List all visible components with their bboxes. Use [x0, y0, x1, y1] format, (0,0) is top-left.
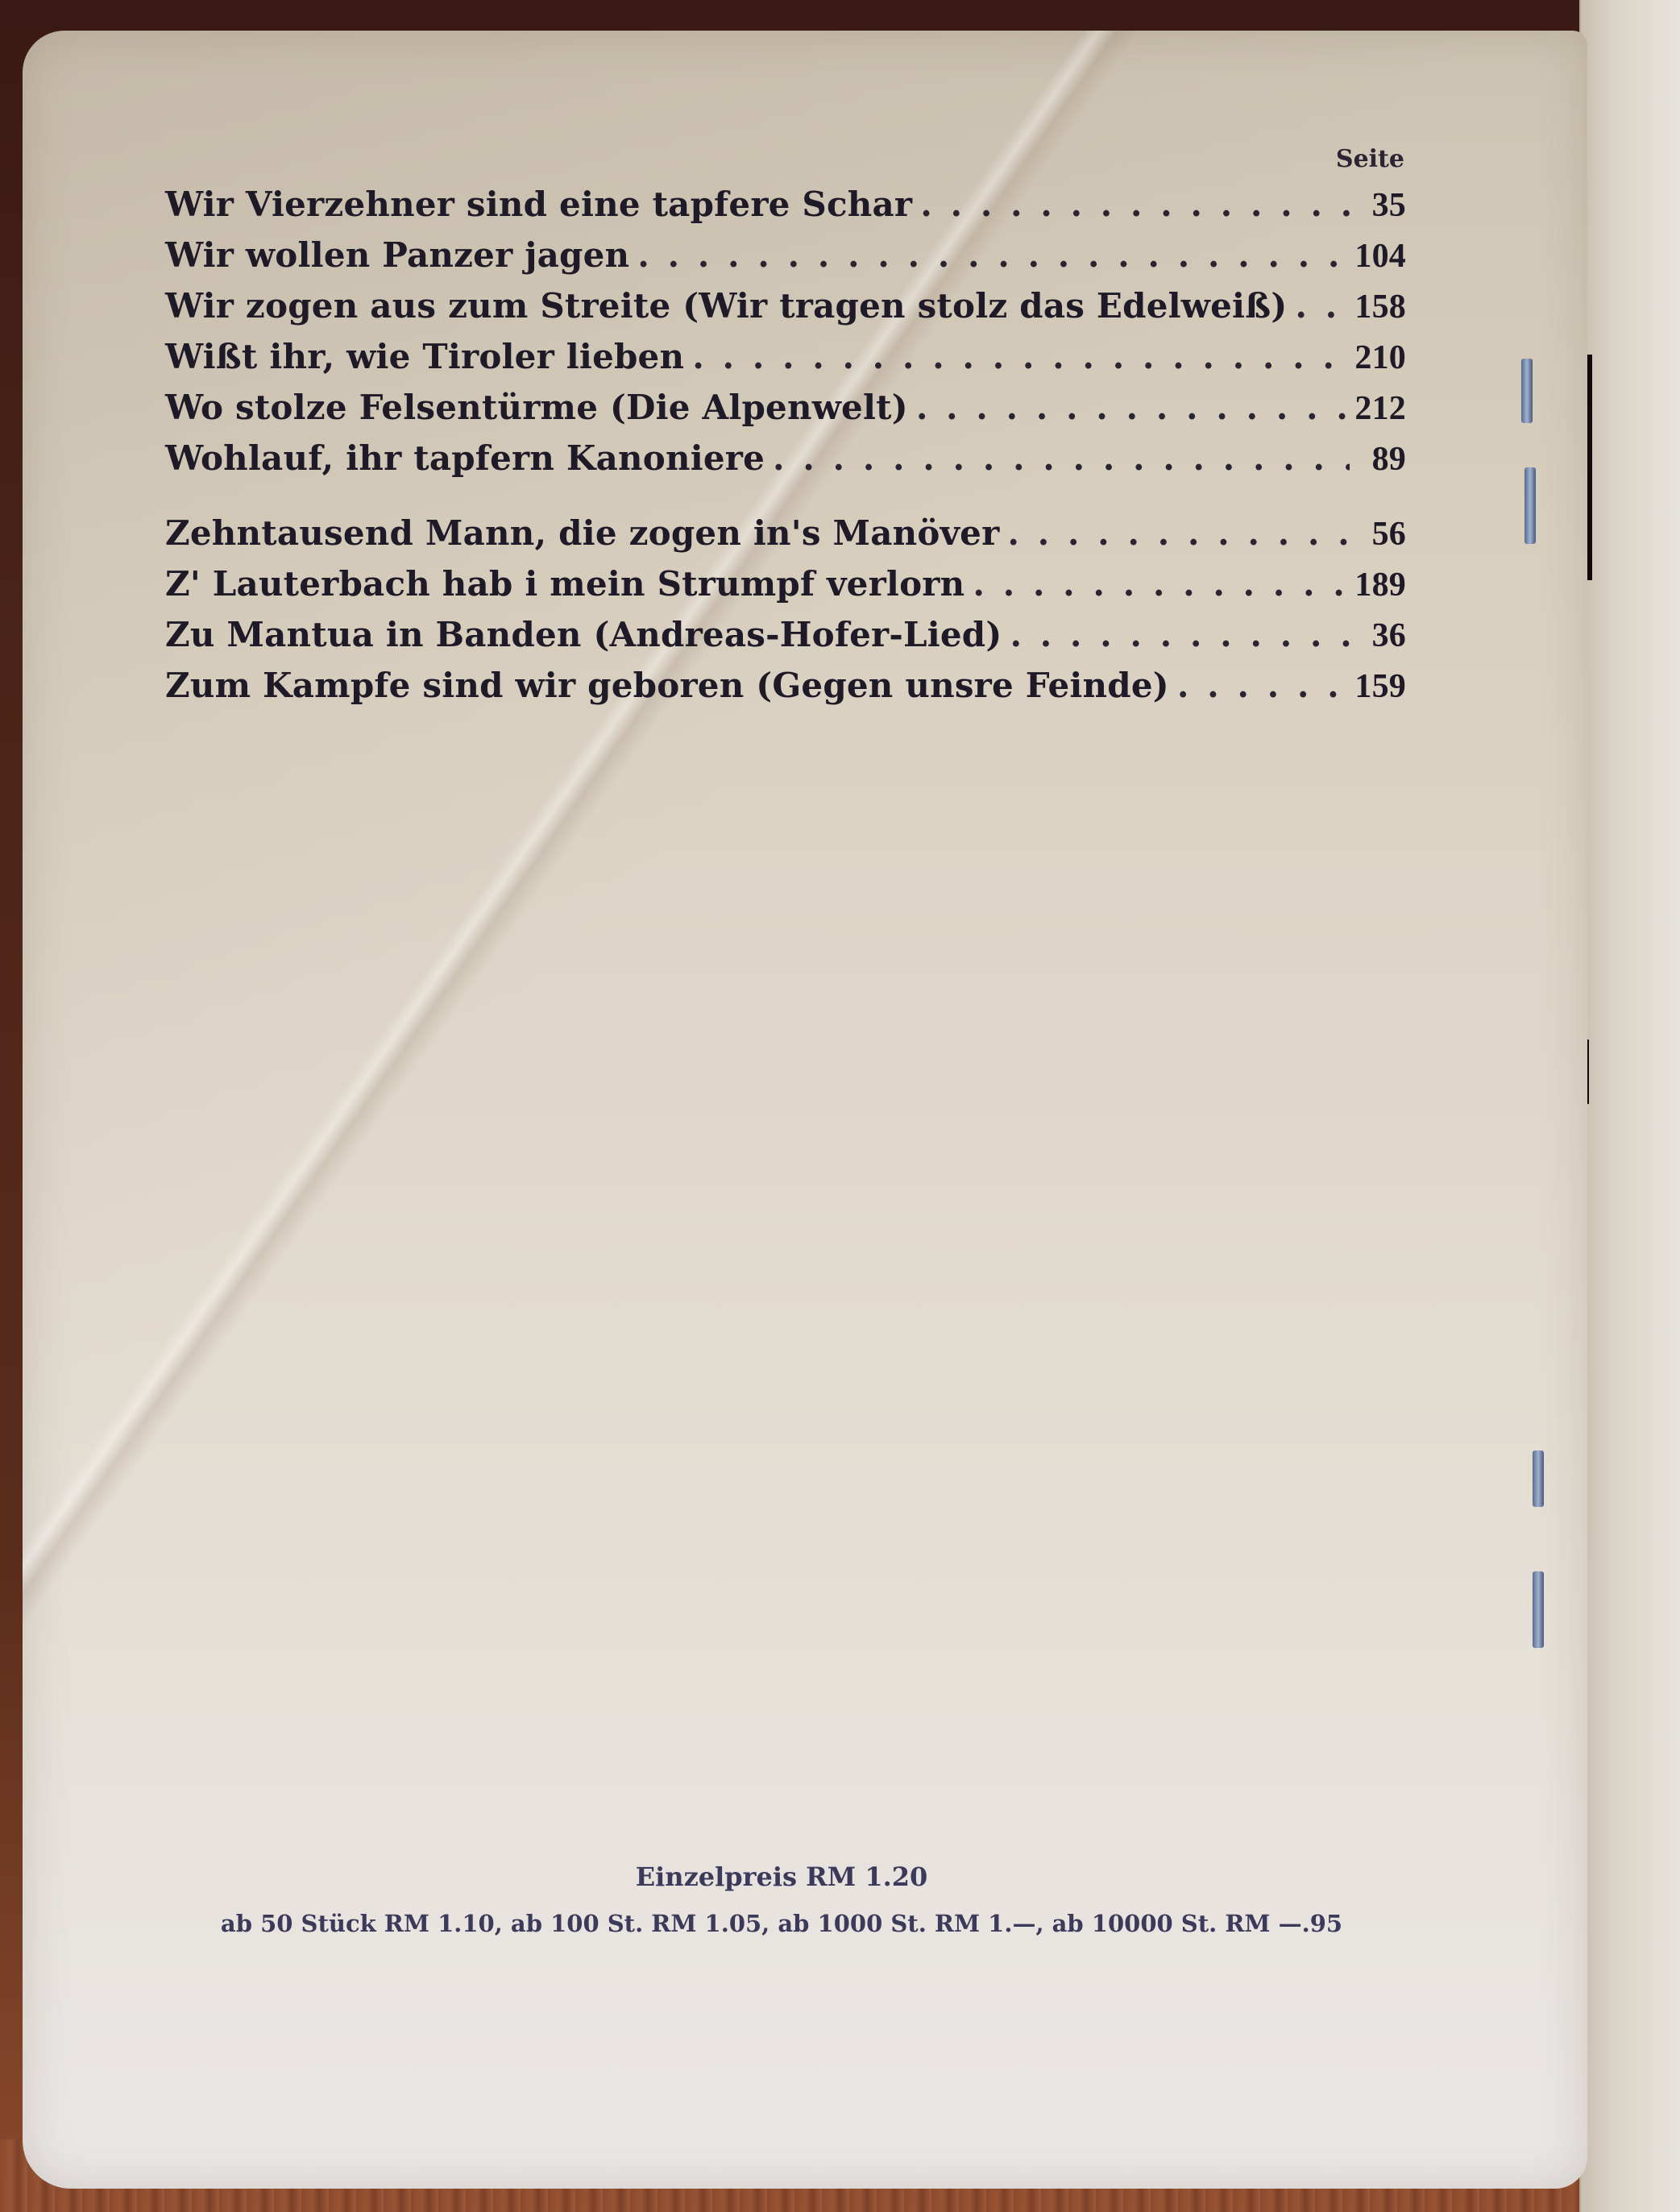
toc-group-z: Zehntausend Mann, die zogen in's Manöver…: [165, 513, 1406, 716]
toc-entry: Zu Mantua in Banden (Andreas-Hofer-Lied)…: [165, 615, 1406, 666]
dot-leader: [1177, 666, 1347, 705]
toc-entry-title: Wohlauf, ihr tapfern Kanoniere: [165, 438, 765, 478]
toc-entry: Wir zogen aus zum Streite (Wir tragen st…: [165, 286, 1406, 337]
group-spacer: [165, 489, 1406, 513]
dot-leader: [1010, 615, 1350, 654]
toc-entry-title: Wir zogen aus zum Streite (Wir tragen st…: [165, 286, 1287, 326]
toc-entry-title: Zum Kampfe sind wir geboren (Gegen unsre…: [165, 666, 1169, 705]
dot-leader: [916, 388, 1347, 427]
toc-entry: Wir wollen Panzer jagen 104: [165, 235, 1406, 286]
toc-entry: Zum Kampfe sind wir geboren (Gegen unsre…: [165, 666, 1406, 716]
bulk-price-tiers: ab 50 Stück RM 1.10, ab 100 St. RM 1.05,…: [161, 1910, 1402, 1937]
toc-group-w: Wir Vierzehner sind eine tapfere Schar 3…: [165, 185, 1406, 489]
toc-entry-page: 210: [1354, 338, 1406, 377]
dot-leader: [692, 337, 1346, 376]
page-column-header: Seite: [165, 145, 1406, 173]
toc-entry-page: 212: [1354, 389, 1406, 428]
toc-entry: Wohlauf, ihr tapfern Kanoniere 89: [165, 438, 1406, 489]
toc-entry-page: 158: [1354, 288, 1406, 326]
price-notice: Einzelpreis RM 1.20 ab 50 Stück RM 1.10,…: [161, 1861, 1402, 1937]
staple-icon: [1533, 1571, 1544, 1648]
toc-entry: Wir Vierzehner sind eine tapfere Schar 3…: [165, 185, 1406, 235]
toc-entry-page: 104: [1354, 237, 1406, 276]
toc-entry: Wo stolze Felsentürme (Die Alpenwelt) 21…: [165, 388, 1406, 438]
toc-entry-title: Wo stolze Felsentürme (Die Alpenwelt): [165, 388, 908, 427]
toc-entry-page: 35: [1358, 186, 1406, 225]
toc-entry-page: 159: [1354, 667, 1406, 706]
toc-entry-title: Wir Vierzehner sind eine tapfere Schar: [165, 185, 912, 224]
dot-leader: [637, 235, 1346, 275]
toc-entry: Z' Lauterbach hab i mein Strumpf verlorn…: [165, 564, 1406, 615]
single-price: Einzelpreis RM 1.20: [161, 1861, 1402, 1892]
dot-leader: [773, 438, 1350, 478]
dot-leader: [1007, 513, 1350, 553]
table-of-contents: Seite Wir Vierzehner sind eine tapfere S…: [165, 145, 1406, 716]
toc-entry-page: 189: [1354, 566, 1406, 604]
toc-entry: Wißt ihr, wie Tiroler lieben 210: [165, 337, 1406, 388]
dot-leader: [1295, 286, 1346, 326]
toc-entry-title: Zehntausend Mann, die zogen in's Manöver: [165, 513, 999, 553]
toc-entry-title: Zu Mantua in Banden (Andreas-Hofer-Lied): [165, 615, 1002, 654]
toc-entry-title: Z' Lauterbach hab i mein Strumpf verlorn: [165, 564, 964, 604]
dot-leader: [920, 185, 1350, 224]
toc-entry: Zehntausend Mann, die zogen in's Manöver…: [165, 513, 1406, 564]
toc-entry-page: 89: [1358, 440, 1406, 479]
toc-entry-page: 56: [1358, 515, 1406, 554]
staple-icon: [1521, 359, 1533, 423]
staple-icon: [1524, 467, 1536, 544]
staple-icon: [1533, 1450, 1544, 1507]
toc-entry-title: Wißt ihr, wie Tiroler lieben: [165, 337, 684, 376]
toc-entry-page: 36: [1358, 616, 1406, 655]
toc-entry-title: Wir wollen Panzer jagen: [165, 235, 629, 275]
adjacent-page-edge: [1579, 0, 1680, 2212]
dot-leader: [973, 564, 1346, 604]
